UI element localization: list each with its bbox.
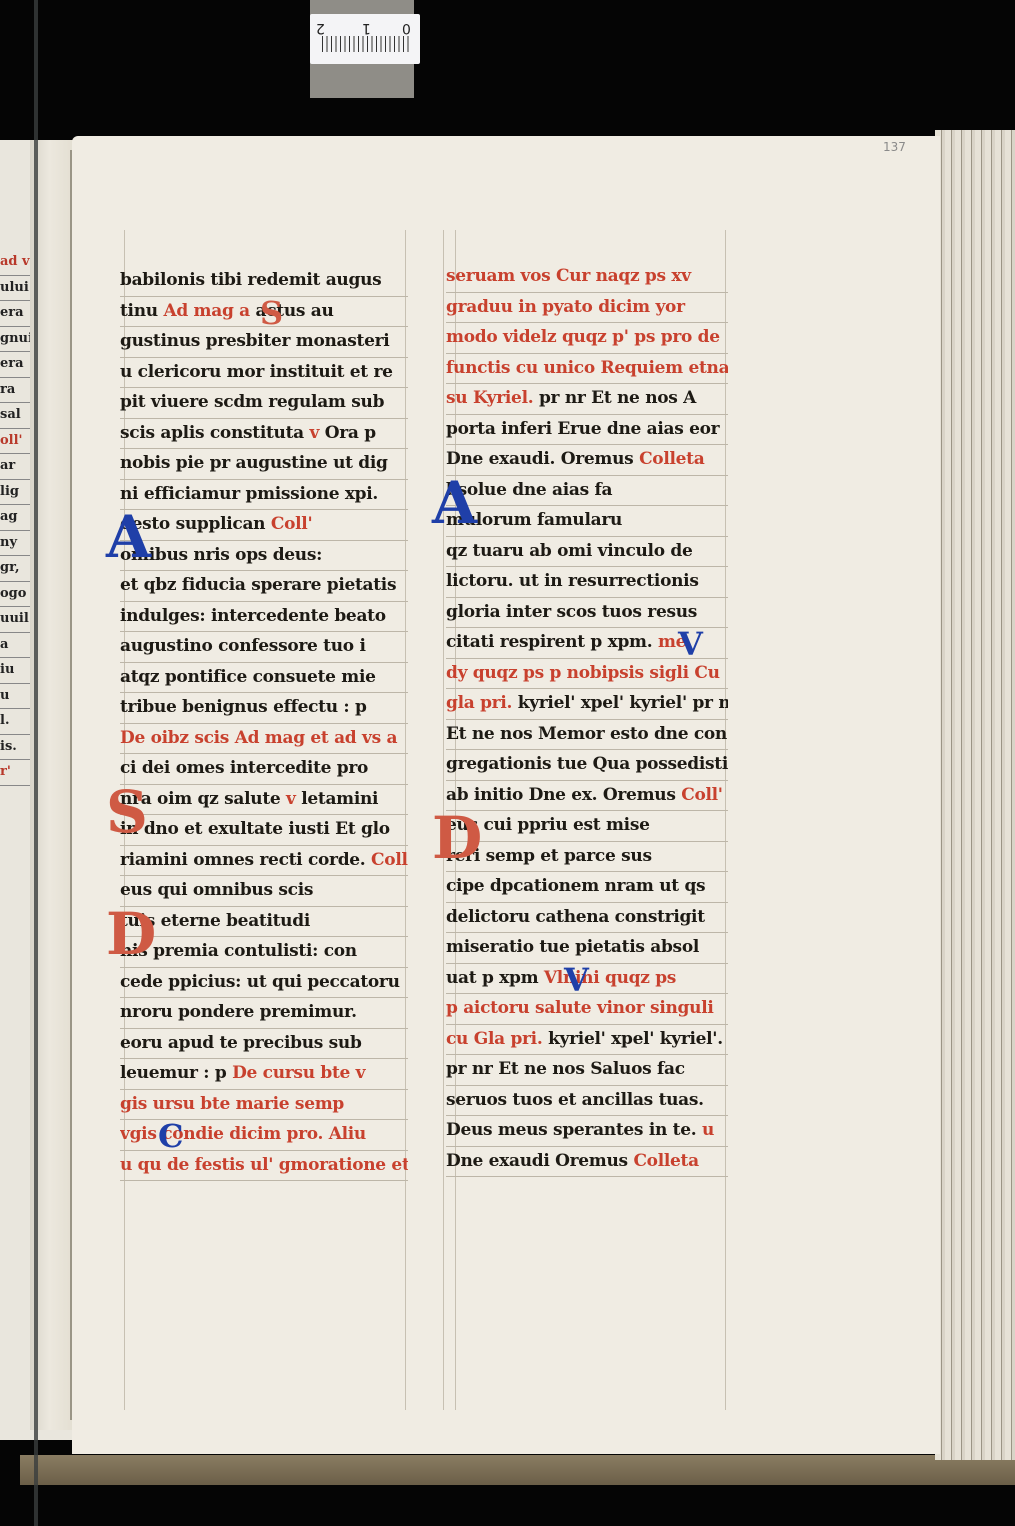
manuscript-line: graduu in pyato dicim yor — [446, 293, 728, 324]
rubric-text: gla pri. — [446, 693, 518, 713]
manuscript-line: in dno et exultate iusti Et glo — [120, 815, 408, 846]
text-segment: et qbz fiducia sperare pietatis — [120, 575, 396, 595]
left-fragment-line: oll' — [0, 429, 30, 455]
manuscript-line: indulges: intercedente beato — [120, 602, 408, 633]
text-column-right: seruam vos Cur naqz ps xvgraduu in pyato… — [446, 262, 728, 1177]
manuscript-line: seruam vos Cur naqz ps xv — [446, 262, 728, 293]
manuscript-line: qz tuaru ab omi vinculo de — [446, 537, 728, 568]
manuscript-line: mulorum famularu — [446, 506, 728, 537]
manuscript-line: miseratio tue pietatis absol — [446, 933, 728, 964]
manuscript-line: Dne exaudi. Oremus Colleta — [446, 445, 728, 476]
decorated-initial-a: A — [432, 474, 477, 532]
manuscript-line: p aictoru salute vinor singuli — [446, 994, 728, 1025]
decorated-initial-c: C — [158, 1120, 183, 1152]
rubric-text: v — [286, 789, 296, 809]
book-cover-edge — [20, 1455, 1015, 1485]
manuscript-line: scis aplis constituta v Ora p — [120, 419, 408, 450]
text-segment: seruos tuos et ancillas tuas. — [446, 1090, 704, 1110]
left-fragment-line: ad vs — [0, 250, 30, 276]
manuscript-line: ni efficiamur pmissione xpi. — [120, 480, 408, 511]
rubric-text: seruam vos Cur naqz ps xv — [446, 266, 691, 286]
left-fragment-line: era — [0, 352, 30, 378]
text-segment: lictoru. ut in resurrectionis — [446, 571, 699, 591]
left-fragment-line: lig — [0, 480, 30, 506]
scale-ruler: 0 1 2 — [310, 14, 420, 64]
manuscript-line: seruos tuos et ancillas tuas. — [446, 1086, 728, 1117]
rubric-text: Coll' — [371, 850, 408, 870]
manuscript-line: babilonis tibi redemit augus — [120, 266, 408, 297]
manuscript-line: desto supplican Coll' — [120, 510, 408, 541]
text-segment: Dne exaudi. Oremus — [446, 449, 639, 469]
manuscript-line: nroru pondere premimur. — [120, 998, 408, 1029]
manuscript-line: reri semp et parce sus — [446, 842, 728, 873]
manuscript-line: leuemur : p De cursu bte v — [120, 1059, 408, 1090]
text-segment: kyriel' xpel' kyriel' pr nr. — [518, 693, 728, 713]
folio-number: 137 — [883, 140, 906, 154]
text-segment: u clericoru mor instituit et re — [120, 362, 393, 382]
text-segment: pit viuere scdm regulam sub — [120, 392, 384, 412]
rubric-text: De oibz scis Ad mag et ad vs a — [120, 728, 397, 748]
left-fragment-line: ny — [0, 531, 30, 557]
text-segment: augustino confessore tuo i — [120, 636, 366, 656]
text-segment: eus qui omnibus scis — [120, 880, 313, 900]
manuscript-line: delictoru cathena constrigit — [446, 903, 728, 934]
rubric-text: u qu de festis ul' gmoratione et — [120, 1155, 408, 1175]
manuscript-line: nobis pie pr augustine ut dig — [120, 449, 408, 480]
text-segment: Deus meus sperantes in te. — [446, 1120, 702, 1140]
text-segment: letamini — [296, 789, 379, 809]
text-segment: babilonis tibi redemit augus — [120, 270, 381, 290]
manuscript-line: nis premia contulisti: con — [120, 937, 408, 968]
left-fragment-line: uuil — [0, 607, 30, 633]
rubric-text: ursu bte marie semp — [153, 1094, 344, 1114]
text-segment: in dno et exultate iusti Et glo — [120, 819, 390, 839]
text-segment: uat p xpm — [446, 968, 544, 988]
rubric-text: functis cu unico Requiem etnam — [446, 358, 728, 378]
rubric-text: De cursu bte v — [232, 1063, 365, 1083]
manuscript-line: omibus nris ops deus: — [120, 541, 408, 572]
rubric-text: gis — [120, 1094, 153, 1114]
manuscript-line: augustino confessore tuo i — [120, 632, 408, 663]
rubric-text: Ad mag a — [163, 301, 255, 321]
rubric-text: Colleta — [633, 1151, 698, 1171]
glass-plate-edge — [34, 0, 38, 1526]
manuscript-line: gregationis tue Qua possedisti — [446, 750, 728, 781]
manuscript-line: eus cui ppriu est mise — [446, 811, 728, 842]
left-fragment-line: is. — [0, 735, 30, 761]
text-segment: nobis pie pr augustine ut dig — [120, 453, 388, 473]
manuscript-line: Deus meus sperantes in te. u — [446, 1116, 728, 1147]
left-fragment-line: ag — [0, 505, 30, 531]
manuscript-line: bsolue dne aias fa — [446, 476, 728, 507]
manuscript-line: su Kyriel. pr nr Et ne nos A — [446, 384, 728, 415]
text-segment: Dne exaudi Oremus — [446, 1151, 633, 1171]
text-segment: gregationis tue Qua possedisti — [446, 754, 728, 774]
text-segment: cede ppicius: ut qui peccatoru — [120, 972, 400, 992]
text-segment: gustinus presbiter monasteri — [120, 331, 389, 351]
text-segment: miseratio tue pietatis absol — [446, 937, 699, 957]
left-fragment-line: era — [0, 301, 30, 327]
ruler-ticks — [322, 36, 410, 52]
rubric-text: vgis condie dicim pro. Aliu — [120, 1124, 366, 1144]
text-segment: Et ne nos Memor esto dne con — [446, 724, 727, 744]
manuscript-line: ab initio Dne ex. Oremus Coll' — [446, 781, 728, 812]
text-segment: citati respirent p xpm. — [446, 632, 658, 652]
decorated-initial-a: A — [106, 508, 151, 566]
manuscript-line: De oibz scis Ad mag et ad vs a — [120, 724, 408, 755]
decorated-initial-d: D — [106, 905, 156, 963]
left-fragment-line: ar — [0, 454, 30, 480]
text-segment: gloria inter scos tuos resus — [446, 602, 697, 622]
decorated-initial-d: D — [432, 809, 482, 867]
text-segment: qz tuaru ab omi vinculo de — [446, 541, 692, 561]
manuscript-line: gustinus presbiter monasteri — [120, 327, 408, 358]
rubric-text: Coll' — [681, 785, 723, 805]
rubric-text: p aictoru salute vinor singuli — [446, 998, 714, 1018]
text-segment: tribue benignus effectu : p — [120, 697, 367, 717]
manuscript-line: lictoru. ut in resurrectionis — [446, 567, 728, 598]
left-fragment-line: gnui — [0, 327, 30, 353]
left-fragment-line: a — [0, 633, 30, 659]
text-segment: porta inferi Erue dne aias eor — [446, 419, 719, 439]
rubric-text: modo videlz quqz p' ps pro de — [446, 327, 720, 347]
rubric-text: su Kyriel. — [446, 388, 539, 408]
manuscript-line: Dne exaudi Oremus Colleta — [446, 1147, 728, 1178]
ruler-label-2: 2 — [316, 20, 325, 36]
decorated-initial-v: V — [678, 628, 703, 660]
manuscript-line: eus qui omnibus scis — [120, 876, 408, 907]
manuscript-line: atqz pontifice consuete mie — [120, 663, 408, 694]
manuscript-line: pit viuere scdm regulam sub — [120, 388, 408, 419]
left-fragment-line: r' — [0, 760, 30, 786]
left-fragment-line: ului — [0, 276, 30, 302]
manuscript-line: pr nr Et ne nos Saluos fac — [446, 1055, 728, 1086]
rubric-text: cu Gla pri. — [446, 1029, 548, 1049]
ruler-label-1: 1 — [362, 20, 371, 36]
rubric-text: u — [702, 1120, 714, 1140]
text-segment: eoru apud te precibus sub — [120, 1033, 362, 1053]
manuscript-line: gis ursu bte marie semp — [120, 1090, 408, 1121]
left-fragment-line: u — [0, 684, 30, 710]
text-segment: atqz pontifice consuete mie — [120, 667, 376, 687]
text-segment: Ora p — [319, 423, 376, 443]
manuscript-line: et qbz fiducia sperare pietatis — [120, 571, 408, 602]
left-fragment-line: sal — [0, 403, 30, 429]
manuscript-line: gla pri. kyriel' xpel' kyriel' pr nr. — [446, 689, 728, 720]
text-segment: cipe dpcationem nram ut qs — [446, 876, 705, 896]
page-edges-stack — [935, 130, 1015, 1460]
text-segment: riamini omnes recti corde. — [120, 850, 371, 870]
text-segment: delictoru cathena constrigit — [446, 907, 705, 927]
text-segment: kyriel' xpel' kyriel'. — [548, 1029, 723, 1049]
left-fragment-line: l. — [0, 709, 30, 735]
left-fragment-line: gr, — [0, 556, 30, 582]
manuscript-line: modo videlz quqz p' ps pro de — [446, 323, 728, 354]
left-fragment-line: iu — [0, 658, 30, 684]
manuscript-line: tribue benignus effectu : p — [120, 693, 408, 724]
text-segment: leuemur : p — [120, 1063, 232, 1083]
manuscript-line: u qu de festis ul' gmoratione et — [120, 1151, 408, 1182]
manuscript-line: Et ne nos Memor esto dne con — [446, 720, 728, 751]
manuscript-line: cu Gla pri. kyriel' xpel' kyriel'. — [446, 1025, 728, 1056]
rubric-text: Colleta — [639, 449, 704, 469]
decorated-initial-v: V — [564, 964, 589, 996]
decorated-initial-s: S — [260, 297, 283, 329]
manuscript-line: ci dei omes intercedite pro — [120, 754, 408, 785]
text-segment: ni efficiamur pmissione xpi. — [120, 484, 378, 504]
manuscript-line: dy quqz ps p nobipsis sigli Cu — [446, 659, 728, 690]
manuscript-line: cipe dpcationem nram ut qs — [446, 872, 728, 903]
manuscript-line: gloria inter scos tuos resus — [446, 598, 728, 629]
text-column-left: babilonis tibi redemit augustinu Ad mag … — [120, 266, 408, 1181]
manuscript-line: nra oim qz salute v letamini — [120, 785, 408, 816]
decorated-initial-s: S — [106, 783, 148, 841]
left-page-text-fragment: ad vsuluieragnuierarasaloll'arligagnygr,… — [0, 250, 30, 910]
text-segment: tinu — [120, 301, 163, 321]
ruler-label-0: 0 — [402, 20, 411, 36]
left-fragment-line: ogo — [0, 582, 30, 608]
rubric-text: graduu in pyato dicim yor — [446, 297, 685, 317]
manuscript-line: cede ppicius: ut qui peccatoru — [120, 968, 408, 999]
text-segment: scis aplis constituta — [120, 423, 310, 443]
manuscript-line: porta inferi Erue dne aias eor — [446, 415, 728, 446]
text-segment: indulges: intercedente beato — [120, 606, 386, 626]
text-segment: pr nr Et ne nos Saluos fac — [446, 1059, 685, 1079]
text-segment: ci dei omes intercedite pro — [120, 758, 368, 778]
manuscript-line: functis cu unico Requiem etnam — [446, 354, 728, 385]
rubric-text: v — [310, 423, 320, 443]
rubric-text: dy quqz ps p nobipsis sigli Cu — [446, 663, 720, 683]
left-fragment-line: ra — [0, 378, 30, 404]
rubric-text: Coll' — [271, 514, 313, 534]
text-segment: ab initio Dne ex. Oremus — [446, 785, 681, 805]
manuscript-line: eoru apud te precibus sub — [120, 1029, 408, 1060]
manuscript-line: tuis eterne beatitudi — [120, 907, 408, 938]
text-segment: pr nr Et ne nos A — [539, 388, 696, 408]
manuscript-line: riamini omnes recti corde. Coll' — [120, 846, 408, 877]
text-segment: nroru pondere premimur. — [120, 1002, 357, 1022]
manuscript-line: u clericoru mor instituit et re — [120, 358, 408, 389]
